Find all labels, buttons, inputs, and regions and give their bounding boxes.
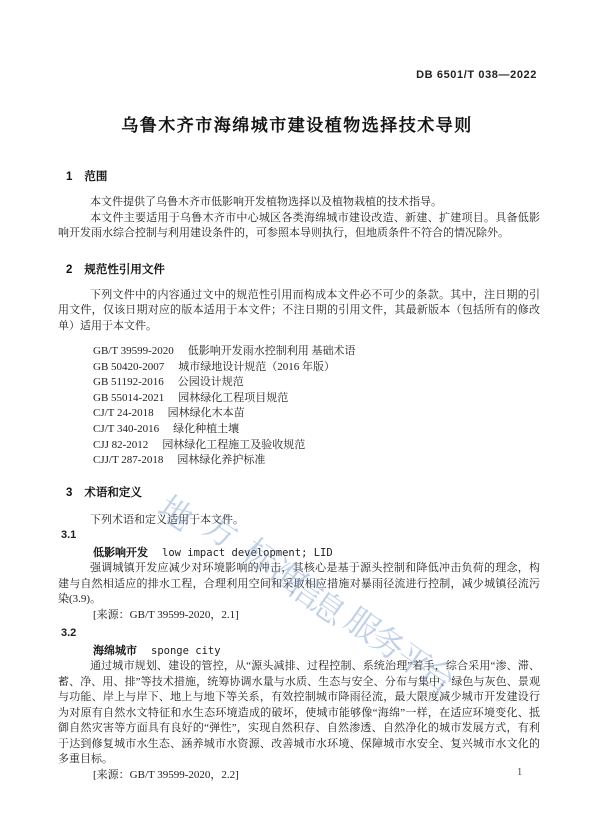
term-3-1-zh: 低影响开发 <box>93 547 148 559</box>
reference-item: CJ/T 24-2018园林绿化木本苗 <box>58 406 540 422</box>
section-3-heading: 3术语和定义 <box>58 486 540 500</box>
section-3-number: 3 <box>66 486 72 500</box>
references-intro: 下列文件中的内容通过文中的规范性引用而构成本文件必不可少的条款。其中，注日期的引… <box>58 288 540 335</box>
reference-code: GB/T 39599-2020 <box>93 345 174 357</box>
term-3-2-source: [来源：GB/T 39599-2020，2.2] <box>58 768 540 784</box>
document-page: 地方标准信息服务平台 DB 6501/T 038—2022 乌鲁木齐市海绵城市建… <box>0 0 594 840</box>
section-1-title: 范围 <box>84 171 107 183</box>
reference-title: 园林绿化工程项目规范 <box>178 392 288 404</box>
term-3-1-source: [来源：GB/T 39599-2020，2.1] <box>58 608 540 624</box>
references-list: GB/T 39599-2020低影响开发雨水控制利用 基础术语 GB 50420… <box>58 344 540 469</box>
term-3-1-en: low impact development; LID <box>162 547 333 559</box>
term-3-2-heading: 海绵城市sponge city <box>58 642 540 660</box>
reference-code: CJJ 82-2012 <box>93 439 148 451</box>
reference-item: CJJ/T 287-2018园林绿化养护标准 <box>58 453 540 469</box>
page-number: 1 <box>517 767 522 778</box>
reference-title: 低影响开发雨水控制利用 基础术语 <box>188 345 356 357</box>
term-3-2-zh: 海绵城市 <box>93 645 137 657</box>
scope-paragraph-2: 本文件主要适用于乌鲁木齐市中心城区各类海绵城市建设改造、新建、扩建项目。具备低影… <box>58 211 540 242</box>
reference-title: 园林绿化工程施工及验收规范 <box>162 439 305 451</box>
reference-item: GB 51192-2016公园设计规范 <box>58 375 540 391</box>
term-3-1-heading: 低影响开发low impact development; LID <box>58 544 540 562</box>
section-2-heading: 2规范性引用文件 <box>58 263 540 277</box>
reference-title: 公园设计规范 <box>178 376 244 388</box>
reference-item: GB 55014-2021园林绿化工程项目规范 <box>58 391 540 407</box>
section-3-title: 术语和定义 <box>84 487 142 499</box>
reference-code: CJ/T 24-2018 <box>93 407 154 419</box>
scope-paragraph-1: 本文件提供了乌鲁木齐市低影响开发植物选择以及植物栽植的技术指导。 <box>58 195 540 211</box>
reference-item: CJJ 82-2012园林绿化工程施工及验收规范 <box>58 438 540 454</box>
term-3-1-number: 3.1 <box>58 528 540 544</box>
reference-title: 园林绿化养护标准 <box>177 454 265 466</box>
reference-code: GB 50420-2007 <box>93 361 164 373</box>
page-content: 1范围 本文件提供了乌鲁木齐市低影响开发植物选择以及植物栽植的技术指导。 本文件… <box>58 170 540 783</box>
term-3-2-en: sponge city <box>151 645 221 657</box>
section-2-title: 规范性引用文件 <box>84 264 165 276</box>
reference-title: 绿化种植土壤 <box>173 423 239 435</box>
page-title: 乌鲁木齐市海绵城市建设植物选择技术导则 <box>0 111 594 136</box>
term-3-2-definition: 通过城市规划、建设的管控，从“源头减排、过程控制、系统治理”着手，综合采用“渗、… <box>58 659 540 768</box>
reference-item: GB/T 39599-2020低影响开发雨水控制利用 基础术语 <box>58 344 540 360</box>
terms-intro: 下列术语和定义适用于本文件。 <box>58 513 540 529</box>
reference-title: 城市绿地设计规范（2016 年版） <box>178 361 335 373</box>
term-3-2-number: 3.2 <box>58 626 540 642</box>
reference-code: GB 55014-2021 <box>93 392 164 404</box>
section-1-number: 1 <box>66 170 72 184</box>
term-3-1-definition: 强调城镇开发应减少对环境影响的冲击，其核心是基于源头控制和降低冲击负荷的理念，构… <box>58 561 540 608</box>
section-2-number: 2 <box>66 263 72 277</box>
section-1-heading: 1范围 <box>58 170 540 184</box>
reference-code: CJ/T 340-2016 <box>93 423 159 435</box>
reference-item: GB 50420-2007城市绿地设计规范（2016 年版） <box>58 360 540 376</box>
reference-item: CJ/T 340-2016绿化种植土壤 <box>58 422 540 438</box>
doc-number: DB 6501/T 038—2022 <box>416 69 537 81</box>
reference-code: CJJ/T 287-2018 <box>93 454 163 466</box>
reference-code: GB 51192-2016 <box>93 376 164 388</box>
reference-title: 园林绿化木本苗 <box>168 407 245 419</box>
